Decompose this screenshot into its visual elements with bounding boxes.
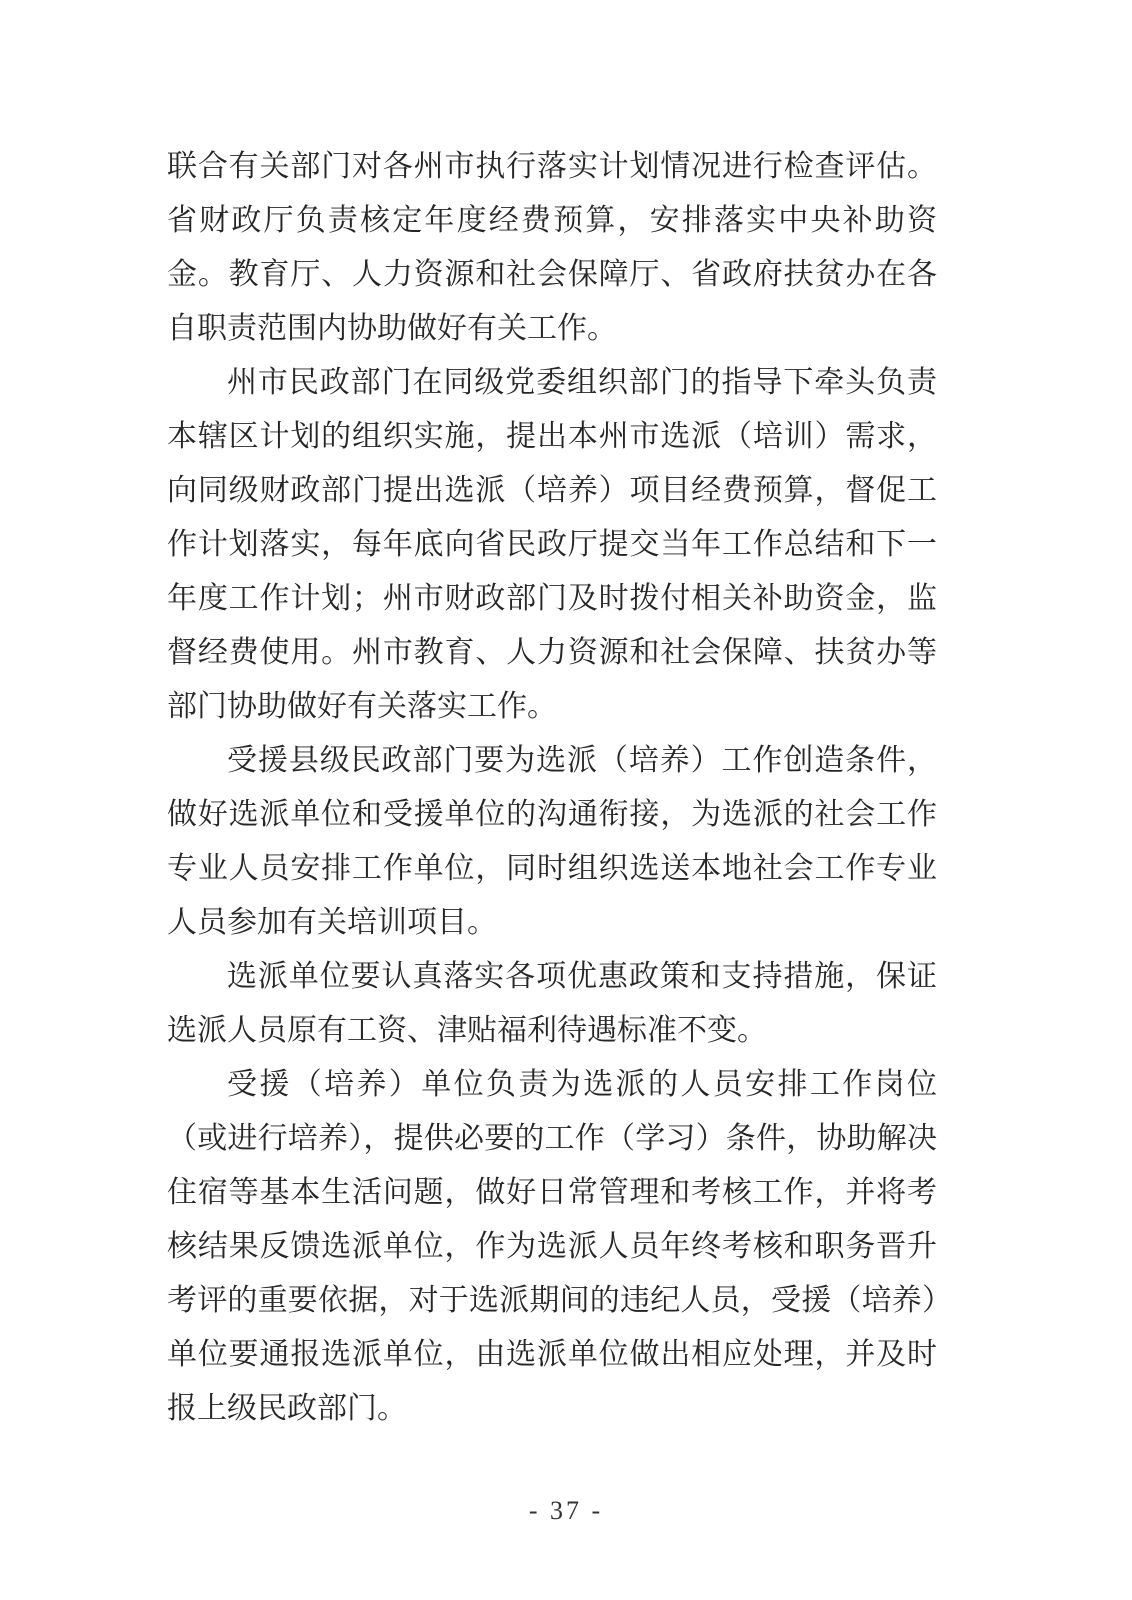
page-number: - 37 -: [529, 1496, 603, 1525]
page-footer: - 37 -: [0, 1496, 1132, 1526]
paragraph-recipient-county: 受援县级民政部门要为选派（培养）工作创造条件，做好选派单位和受援单位的沟通衔接，…: [167, 734, 937, 950]
document-page: 联合有关部门对各州市执行落实计划情况进行检查评估。省财政厅负责核定年度经费预算，…: [0, 0, 1132, 1600]
document-body: 联合有关部门对各州市执行落实计划情况进行检查评估。省财政厅负责核定年度经费预算，…: [167, 140, 937, 1436]
paragraph-continuation: 联合有关部门对各州市执行落实计划情况进行检查评估。省财政厅负责核定年度经费预算，…: [167, 140, 937, 356]
paragraph-prefecture-civil-affairs: 州市民政部门在同级党委组织部门的指导下牵头负责本辖区计划的组织实施，提出本州市选…: [167, 356, 937, 734]
paragraph-dispatching-units: 选派单位要认真落实各项优惠政策和支持措施，保证选派人员原有工资、津贴福利待遇标准…: [167, 950, 937, 1058]
paragraph-receiving-units: 受援（培养）单位负责为选派的人员安排工作岗位（或进行培养），提供必要的工作（学习…: [167, 1058, 937, 1436]
